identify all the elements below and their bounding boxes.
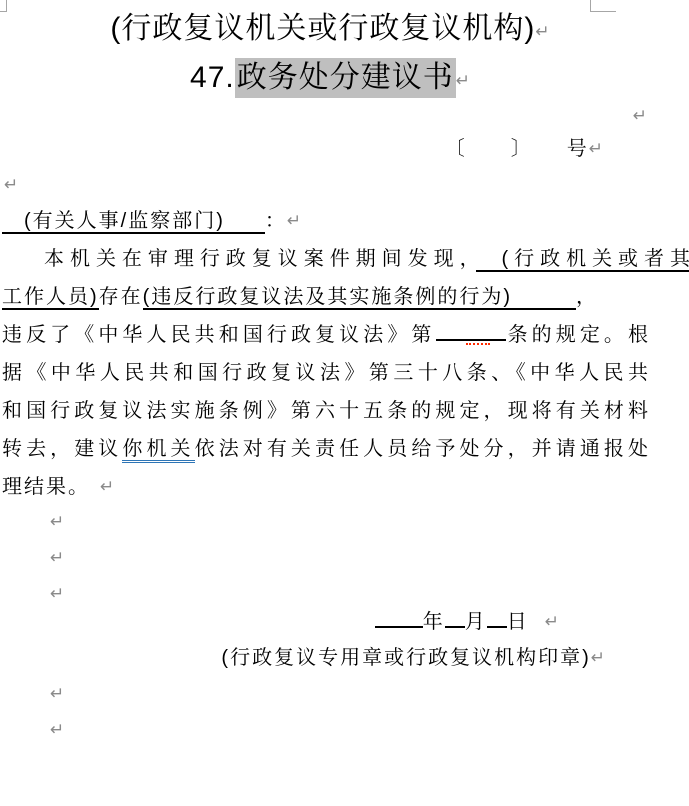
paragraph-mark-icon: ↵ xyxy=(287,211,301,230)
grammar-flagged-text[interactable]: 你机关 xyxy=(122,438,194,463)
body-line-6-text-1: 转去，建议 xyxy=(2,438,122,460)
empty-line-left[interactable]: ↵ xyxy=(0,168,689,202)
title-line-1-text: (行政复议机关或行政复议机构) xyxy=(110,12,535,45)
document-header: (行政复议机关或行政复议机构)↵ 47.政务处分建议书↵ xyxy=(20,6,640,104)
document-page[interactable]: (行政复议机关或行政复议机构)↵ 47.政务处分建议书↵ ↵ 〔 〕 号↵ ↵ … xyxy=(0,0,689,806)
paragraph-mark-icon: ↵ xyxy=(589,139,603,158)
issue-number-line[interactable]: 〔 〕 号↵ xyxy=(0,130,689,168)
salutation-blank[interactable]: (有关人事/监察部门) xyxy=(2,210,265,234)
paragraph-mark-icon: ↵ xyxy=(50,548,64,567)
body-line-7-text: 理结果。 xyxy=(2,476,90,498)
paragraph-mark-icon: ↵ xyxy=(50,720,64,739)
body-line-4[interactable]: 据《中华人民共和国行政复议法》第三十八条、《中华人民共 xyxy=(2,354,650,392)
paragraph-mark-icon: ↵ xyxy=(633,106,647,125)
blank-month[interactable] xyxy=(445,605,465,628)
title-line-2[interactable]: 47.政务处分建议书↵ xyxy=(20,55,640,104)
body-line-2-text: 存在 xyxy=(99,286,143,308)
paragraph-mark-icon: ↵ xyxy=(50,584,64,603)
paragraph-mark-icon: ↵ xyxy=(50,684,64,703)
blank-day[interactable] xyxy=(487,605,507,628)
trailing-empty-paragraphs: ↵ ↵ xyxy=(0,676,689,748)
document-body: (有关人事/监察部门)：↵ 本机关在审理行政复议案件期间发现， (行政机关或者其… xyxy=(2,202,652,506)
blank-organ-name[interactable]: (行政机关或者其 xyxy=(476,248,689,272)
body-line-1-text: 本机关在审理行政复议案件期间发现， xyxy=(44,248,476,270)
doc-title-highlighted[interactable]: 政务处分建议书 xyxy=(235,58,456,98)
salutation-line[interactable]: (有关人事/监察部门)：↵ xyxy=(2,202,652,240)
month-label: 月 xyxy=(465,611,487,633)
doc-number-prefix: 47. xyxy=(190,61,235,94)
body-line-3[interactable]: 违反了《中华人民共和国行政复议法》第条的规定。根 xyxy=(2,316,650,354)
stamp-line[interactable]: (行政复议专用章或行政复议机构印章)↵ xyxy=(0,640,689,676)
blank-organ-name-continued[interactable]: 工作人员) xyxy=(2,286,99,310)
body-line-6-text-2: 依法对有关责任人员给予处分，并请通报处 xyxy=(195,438,650,460)
spellcheck-squiggle-icon xyxy=(466,343,490,345)
body-line-7[interactable]: 理结果。↵ xyxy=(2,468,652,506)
salutation-colon: ： xyxy=(265,210,287,232)
paragraph-mark-icon: ↵ xyxy=(50,512,64,531)
paragraph-mark-icon: ↵ xyxy=(456,71,470,90)
paragraph-mark-icon: ↵ xyxy=(591,648,605,667)
empty-line-indented[interactable]: ↵ xyxy=(0,540,689,576)
stamp-line-text: (行政复议专用章或行政复议机构印章) xyxy=(221,647,590,669)
body-line-1[interactable]: 本机关在审理行政复议案件期间发现， (行政机关或者其 xyxy=(2,240,689,278)
empty-line-indented[interactable]: ↵ xyxy=(0,504,689,540)
body-line-3-text-2: 条的规定。根 xyxy=(506,324,651,346)
blank-violation-behavior[interactable]: (违反行政复议法及其实施条例的行为) xyxy=(143,286,576,310)
paragraph-mark-icon: ↵ xyxy=(4,175,18,194)
body-line-3-text-1: 违反了《中华人民共和国行政复议法》第 xyxy=(2,324,436,346)
year-label: 年 xyxy=(423,611,445,633)
paragraph-mark-icon: ↵ xyxy=(545,612,559,631)
title-line-1[interactable]: (行政复议机关或行政复议机构)↵ xyxy=(20,6,640,55)
empty-line-right-aligned[interactable]: ↵ xyxy=(0,102,689,130)
body-line-5[interactable]: 和国行政复议法实施条例》第六十五条的规定，现将有关材料 xyxy=(2,392,650,430)
body-line-6[interactable]: 转去，建议你机关依法对有关责任人员给予处分，并请通报处 xyxy=(2,430,650,468)
body-line-2[interactable]: 工作人员)存在(违反行政复议法及其实施条例的行为)， xyxy=(2,278,652,316)
empty-line-indented[interactable]: ↵ xyxy=(0,676,689,712)
date-line[interactable]: 年月日↵ xyxy=(0,604,689,640)
blank-year[interactable] xyxy=(375,605,423,628)
day-label: 日 xyxy=(507,611,529,633)
page-margin-crop-mark-top-left xyxy=(0,0,7,12)
issue-number-brackets[interactable]: 〔 〕 号 xyxy=(445,138,589,160)
paragraph-mark-icon: ↵ xyxy=(100,477,114,496)
empty-line-indented[interactable]: ↵ xyxy=(0,712,689,748)
body-line-2-comma: ， xyxy=(576,286,598,308)
blank-article-number[interactable] xyxy=(436,318,506,341)
paragraph-mark-icon: ↵ xyxy=(535,22,549,41)
empty-paragraphs-block: ↵ ↵ ↵ xyxy=(0,504,689,612)
